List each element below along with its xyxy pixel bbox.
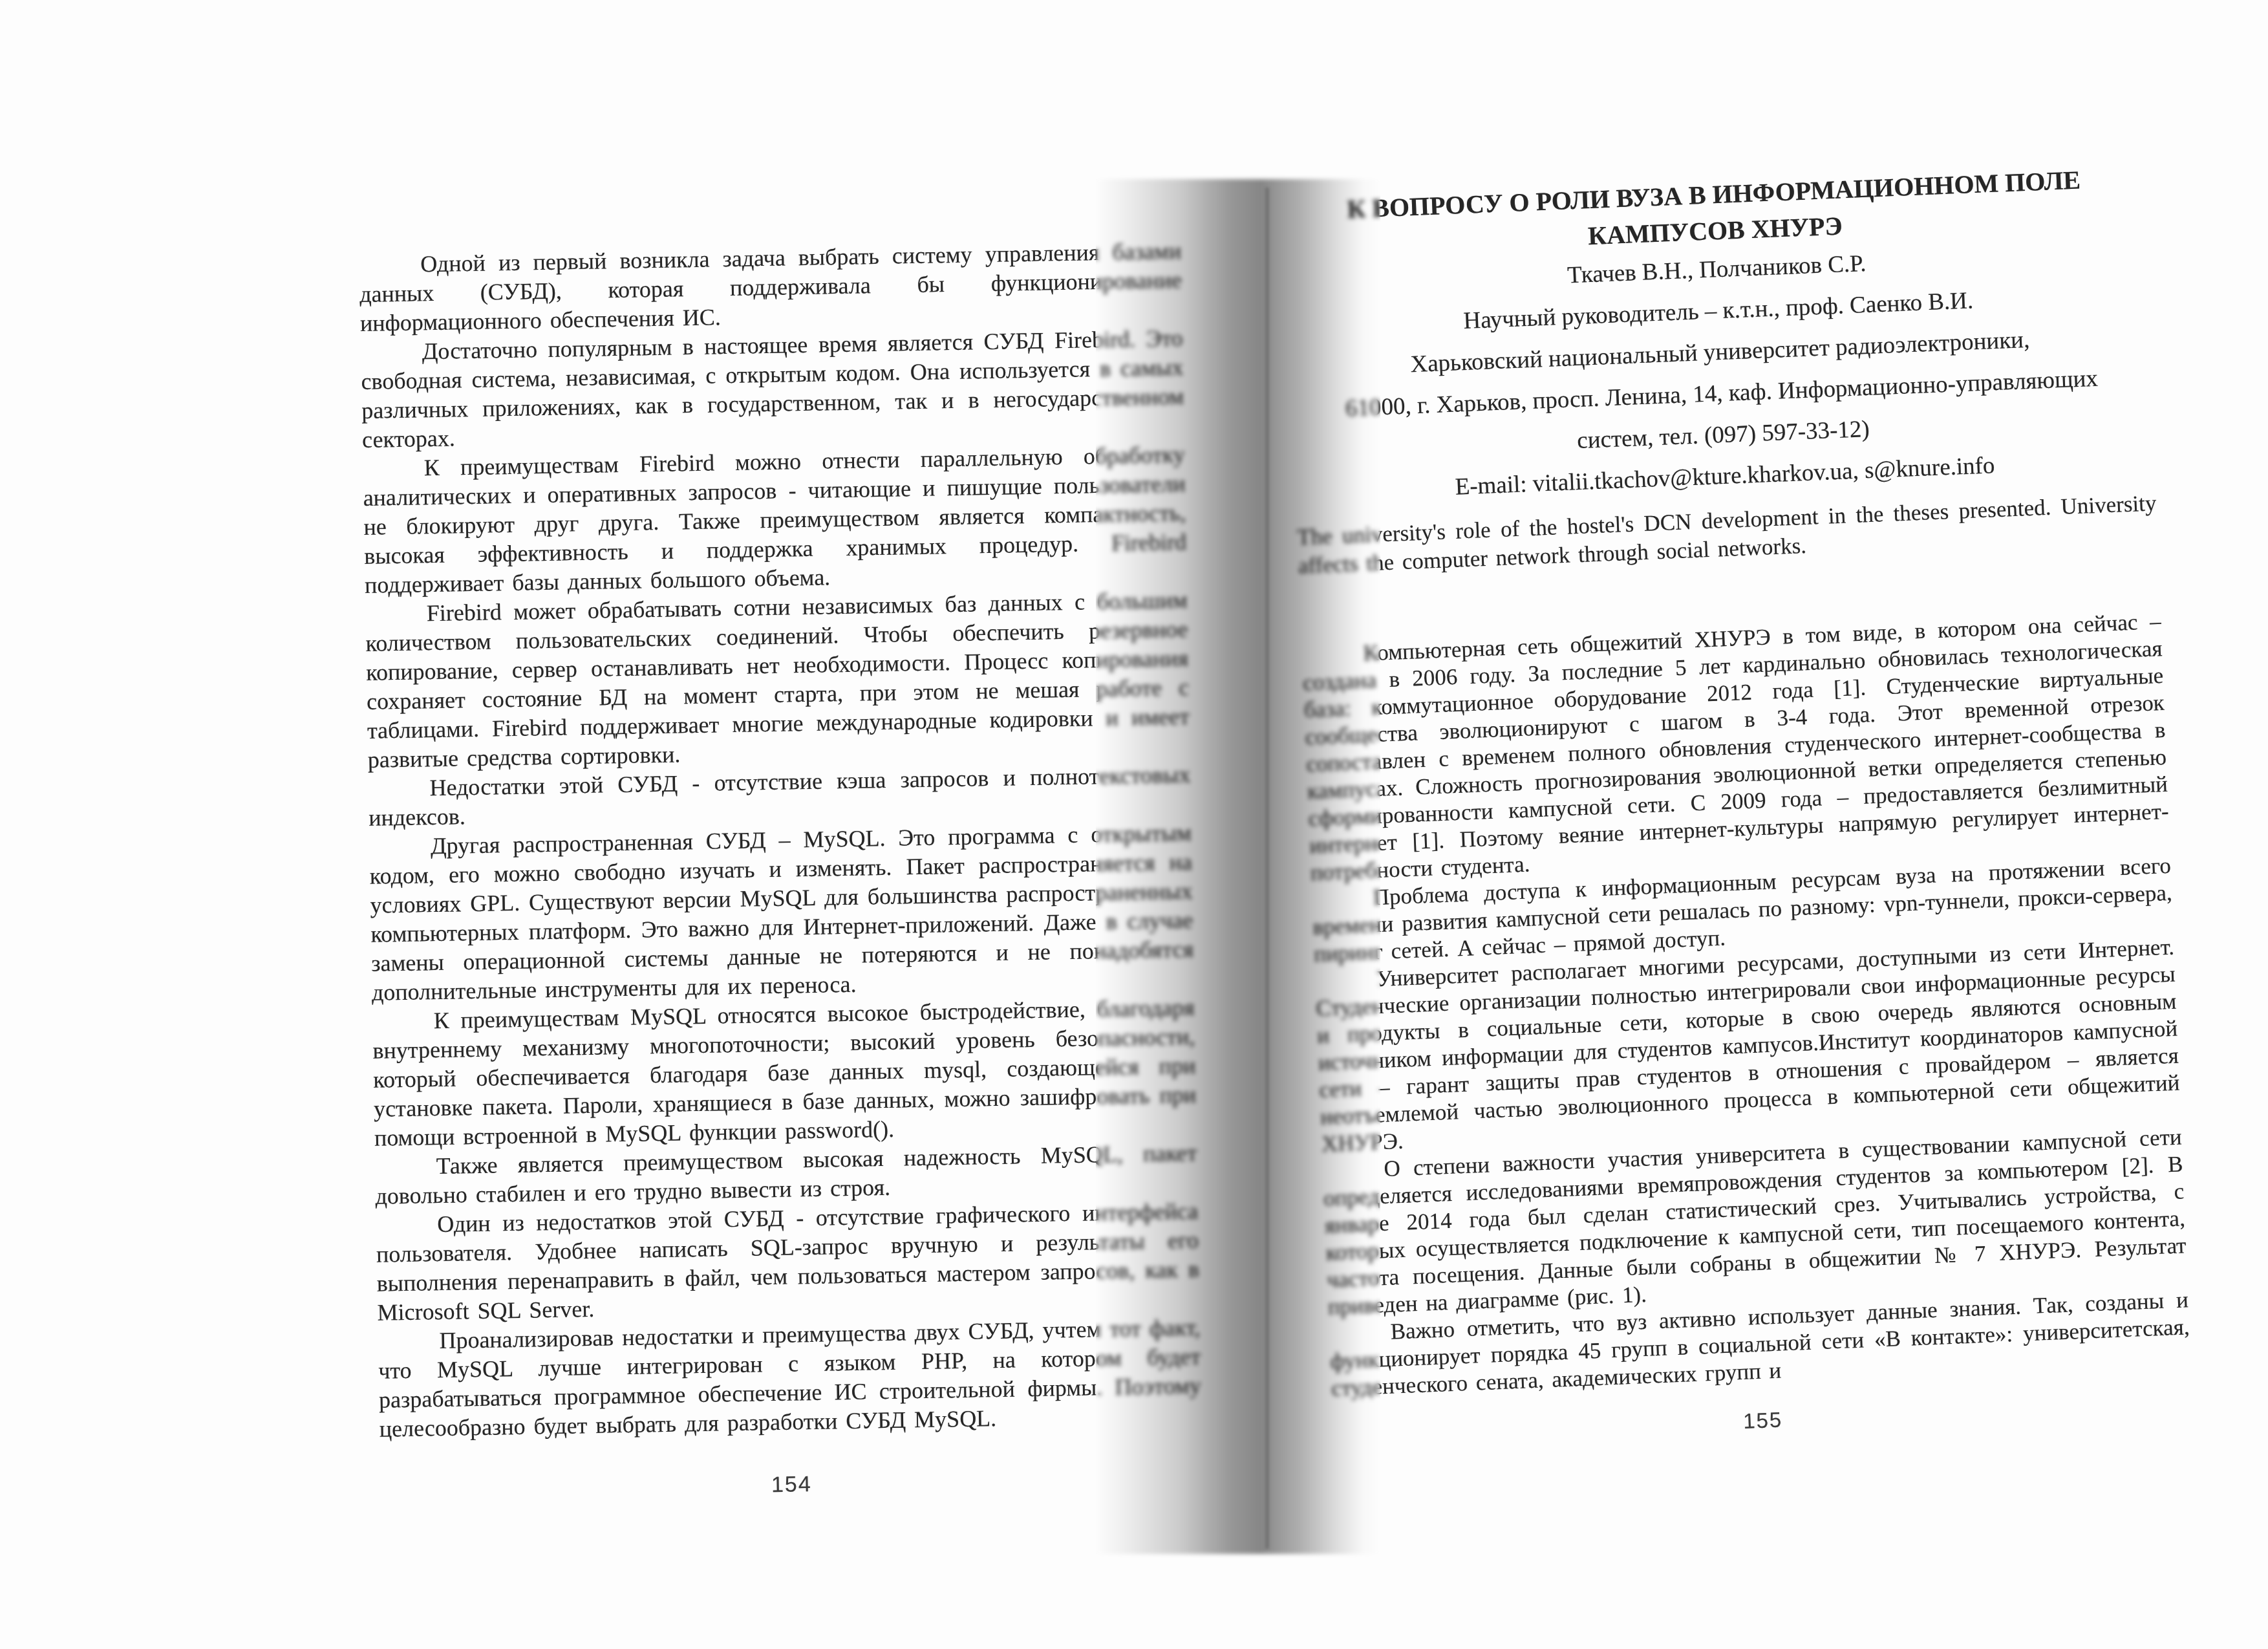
book-spine-crease bbox=[1265, 188, 1269, 1549]
left-paragraph: Проанализировав недостатки и преимуществ… bbox=[378, 1313, 1202, 1444]
right-paragraph: Университет располагает многими ресурсам… bbox=[1314, 934, 2181, 1158]
left-paragraph: Другая распространенная СУБД – MySQL. Эт… bbox=[369, 819, 1195, 1008]
left-page: Одной из первый возникла задача выбрать … bbox=[359, 237, 1203, 1507]
left-paragraph: Одной из первый возникла задача выбрать … bbox=[359, 237, 1182, 338]
left-paragraph: К преимуществам Firebird можно отнести п… bbox=[362, 440, 1187, 600]
right-page-number: 155 bbox=[1332, 1390, 2193, 1451]
left-paragraph: Достаточно популярным в настоящее время … bbox=[360, 324, 1184, 455]
left-paragraph: Один из недостатков этой СУБД - отсутств… bbox=[376, 1197, 1200, 1328]
right-page: К ВОПРОСУ О РОЛИ ВУЗА В ИНФОРМАЦИОННОМ П… bbox=[1283, 160, 2193, 1452]
right-paragraph: Компьютерная сеть общежитий ХНУРЭ в том … bbox=[1301, 608, 2170, 887]
scanned-book-spread: { "colors": { "paper": "#fdfdfd", "ink":… bbox=[0, 0, 2268, 1649]
left-paragraph: Firebird может обрабатывать сотни незави… bbox=[365, 586, 1190, 775]
left-page-number: 154 bbox=[380, 1463, 1203, 1507]
left-paragraph: К преимуществам MySQL относятся высокое … bbox=[372, 993, 1197, 1153]
